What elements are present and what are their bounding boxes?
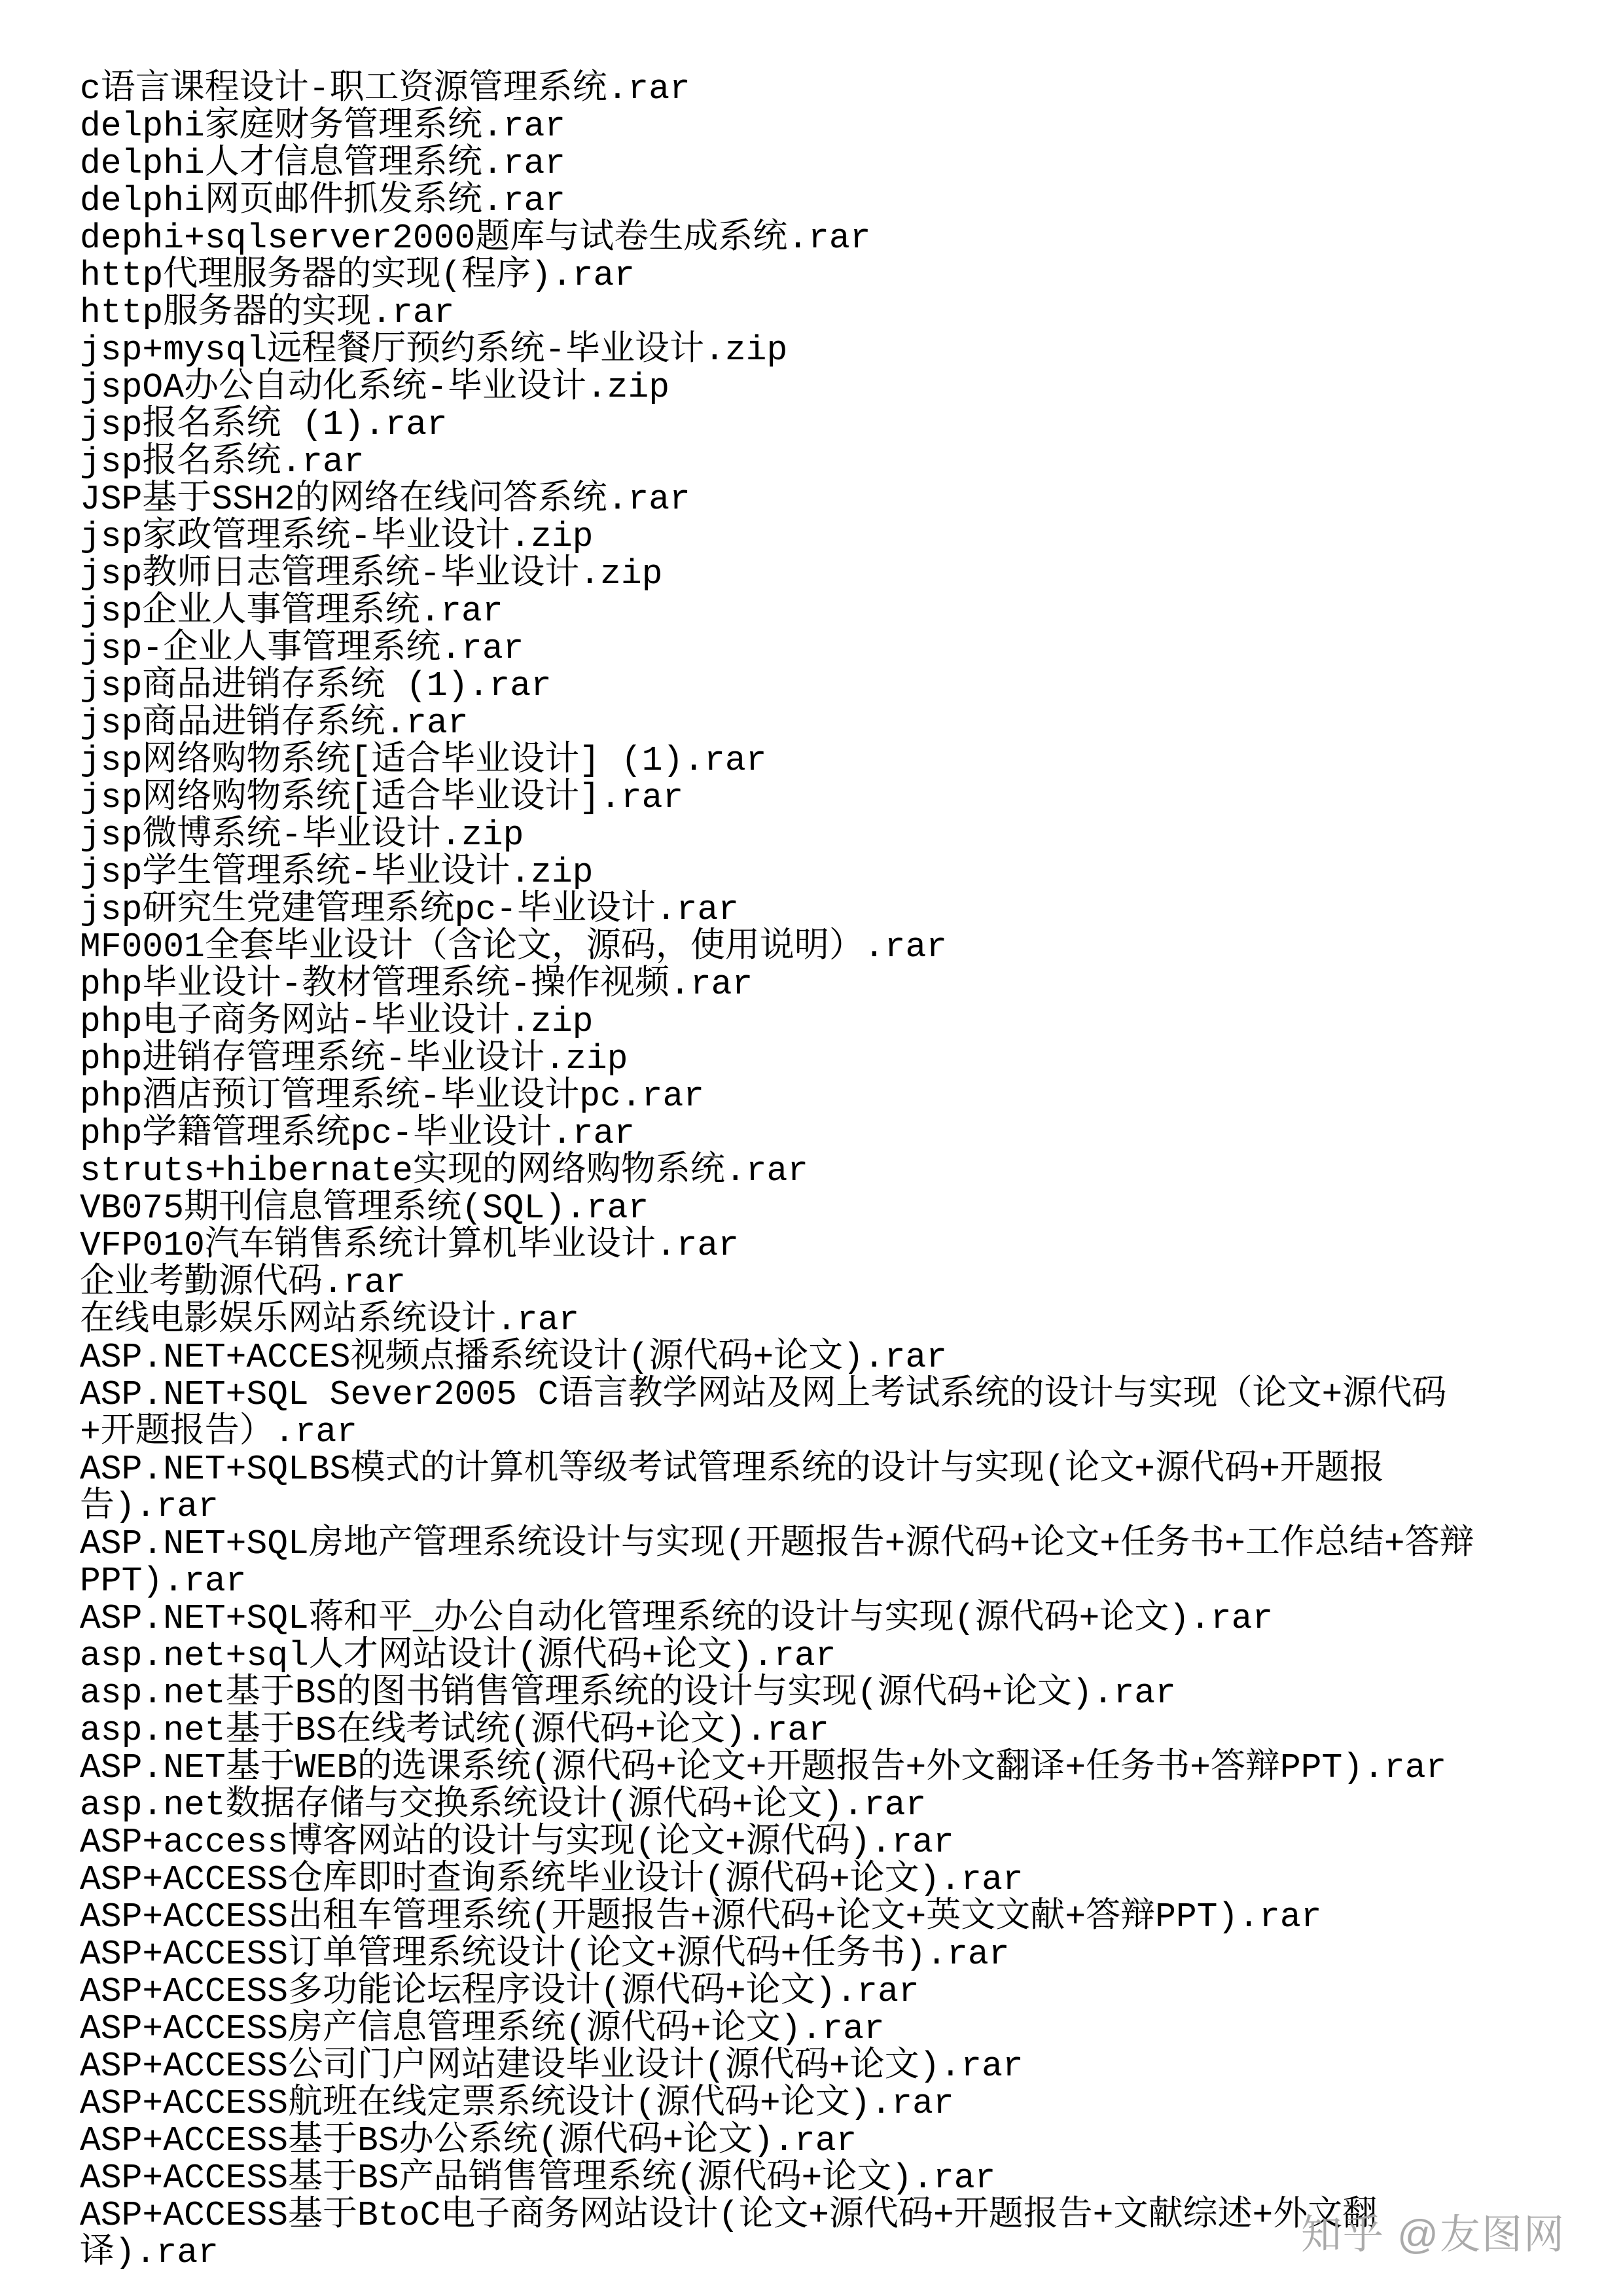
file-item: jsp+mysql远程餐厅预约系统-毕业设计.zip	[80, 332, 1500, 369]
file-item: ASP.NET+SQL房地产管理系统设计与实现(开题报告+源代码+论文+任务书+…	[80, 1526, 1500, 1600]
document-page: c语言课程设计-职工资源管理系统.rardelphi家庭财务管理系统.rarde…	[0, 0, 1623, 2296]
file-item: jsp研究生党建管理系统pc-毕业设计.rar	[80, 891, 1500, 929]
file-item: asp.net基于BS在线考试统(源代码+论文).rar	[80, 1712, 1500, 1749]
file-item: delphi人才信息管理系统.rar	[80, 145, 1500, 183]
file-item: ASP.NET+SQLBS模式的计算机等级考试管理系统的设计与实现(论文+源代码…	[80, 1451, 1500, 1526]
file-item: php进销存管理系统-毕业设计.zip	[80, 1041, 1500, 1078]
file-item: jsp网络购物系统[适合毕业设计].rar	[80, 780, 1500, 817]
file-item: jsp教师日志管理系统-毕业设计.zip	[80, 556, 1500, 593]
file-item: c语言课程设计-职工资源管理系统.rar	[80, 71, 1500, 108]
file-list: c语言课程设计-职工资源管理系统.rardelphi家庭财务管理系统.rarde…	[80, 71, 1500, 2272]
file-item: ASP+ACCESS房产信息管理系统(源代码+论文).rar	[80, 2011, 1500, 2048]
file-item: jsp学生管理系统-毕业设计.zip	[80, 854, 1500, 891]
file-item: ASP+access博客网站的设计与实现(论文+源代码).rar	[80, 1824, 1500, 1861]
file-item: jsp-企业人事管理系统.rar	[80, 630, 1500, 668]
file-item: ASP+ACCESS多功能论坛程序设计(源代码+论文).rar	[80, 1973, 1500, 2011]
file-item: delphi网页邮件抓发系统.rar	[80, 183, 1500, 220]
file-item: jsp商品进销存系统.rar	[80, 705, 1500, 742]
file-item: jsp网络购物系统[适合毕业设计] (1).rar	[80, 742, 1500, 780]
file-item: ASP+ACCESS航班在线定票系统设计(源代码+论文).rar	[80, 2085, 1500, 2123]
file-item: php电子商务网站-毕业设计.zip	[80, 1003, 1500, 1041]
file-item: http代理服务器的实现(程序).rar	[80, 257, 1500, 295]
file-item: struts+hibernate实现的网络购物系统.rar	[80, 1153, 1500, 1190]
file-item: VB075期刊信息管理系统(SQL).rar	[80, 1190, 1500, 1227]
watermark-text: 知乎 @友图网	[1301, 2214, 1565, 2257]
file-item: jsp报名系统.rar	[80, 444, 1500, 481]
file-item: 企业考勤源代码.rar	[80, 1265, 1500, 1302]
file-item: ASP+ACCESS公司门户网站建设毕业设计(源代码+论文).rar	[80, 2048, 1500, 2085]
file-item: JSP基于SSH2的网络在线问答系统.rar	[80, 481, 1500, 518]
file-item: jsp报名系统 (1).rar	[80, 406, 1500, 444]
file-item: jsp商品进销存系统 (1).rar	[80, 668, 1500, 705]
file-item: ASP.NET+SQL蒋和平_办公自动化管理系统的设计与实现(源代码+论文).r…	[80, 1600, 1500, 1638]
file-item: asp.net+sql人才网站设计(源代码+论文).rar	[80, 1638, 1500, 1675]
file-item: jsp家政管理系统-毕业设计.zip	[80, 518, 1500, 556]
file-item: ASP+ACCESS基于BS产品销售管理系统(源代码+论文).rar	[80, 2160, 1500, 2197]
file-item: 在线电影娱乐网站系统设计.rar	[80, 1302, 1500, 1339]
file-item: php酒店预订管理系统-毕业设计pc.rar	[80, 1078, 1500, 1115]
file-item: ASP.NET+ACCES视频点播系统设计(源代码+论文).rar	[80, 1339, 1500, 1376]
file-item: ASP+ACCESS订单管理系统设计(论文+源代码+任务书).rar	[80, 1936, 1500, 1973]
file-item: dephi+sqlserver2000题库与试卷生成系统.rar	[80, 220, 1500, 257]
file-item: MF0001全套毕业设计（含论文，源码，使用说明）.rar	[80, 929, 1500, 966]
file-item: VFP010汽车销售系统计算机毕业设计.rar	[80, 1227, 1500, 1265]
file-item: ASP.NET+SQL Sever2005 C语言教学网站及网上考试系统的设计与…	[80, 1376, 1500, 1451]
file-item: ASP+ACCESS基于BtoC电子商务网站设计(论文+源代码+开题报告+文献综…	[80, 2197, 1500, 2272]
file-item: jsp企业人事管理系统.rar	[80, 593, 1500, 630]
file-item: ASP+ACCESS基于BS办公系统(源代码+论文).rar	[80, 2123, 1500, 2160]
file-item: asp.net基于BS的图书销售管理系统的设计与实现(源代码+论文).rar	[80, 1675, 1500, 1712]
file-item: jspOA办公自动化系统-毕业设计.zip	[80, 369, 1500, 406]
file-item: ASP+ACCESS出租车管理系统(开题报告+源代码+论文+英文文献+答辩PPT…	[80, 1899, 1500, 1936]
file-item: http服务器的实现.rar	[80, 295, 1500, 332]
file-item: ASP+ACCESS仓库即时查询系统毕业设计(源代码+论文).rar	[80, 1861, 1500, 1899]
file-item: asp.net数据存储与交换系统设计(源代码+论文).rar	[80, 1787, 1500, 1824]
file-item: php学籍管理系统pc-毕业设计.rar	[80, 1115, 1500, 1153]
file-item: ASP.NET基于WEB的选课系统(源代码+论文+开题报告+外文翻译+任务书+答…	[80, 1749, 1500, 1787]
file-item: php毕业设计-教材管理系统-操作视频.rar	[80, 966, 1500, 1003]
file-item: jsp微博系统-毕业设计.zip	[80, 817, 1500, 854]
file-item: delphi家庭财务管理系统.rar	[80, 108, 1500, 145]
